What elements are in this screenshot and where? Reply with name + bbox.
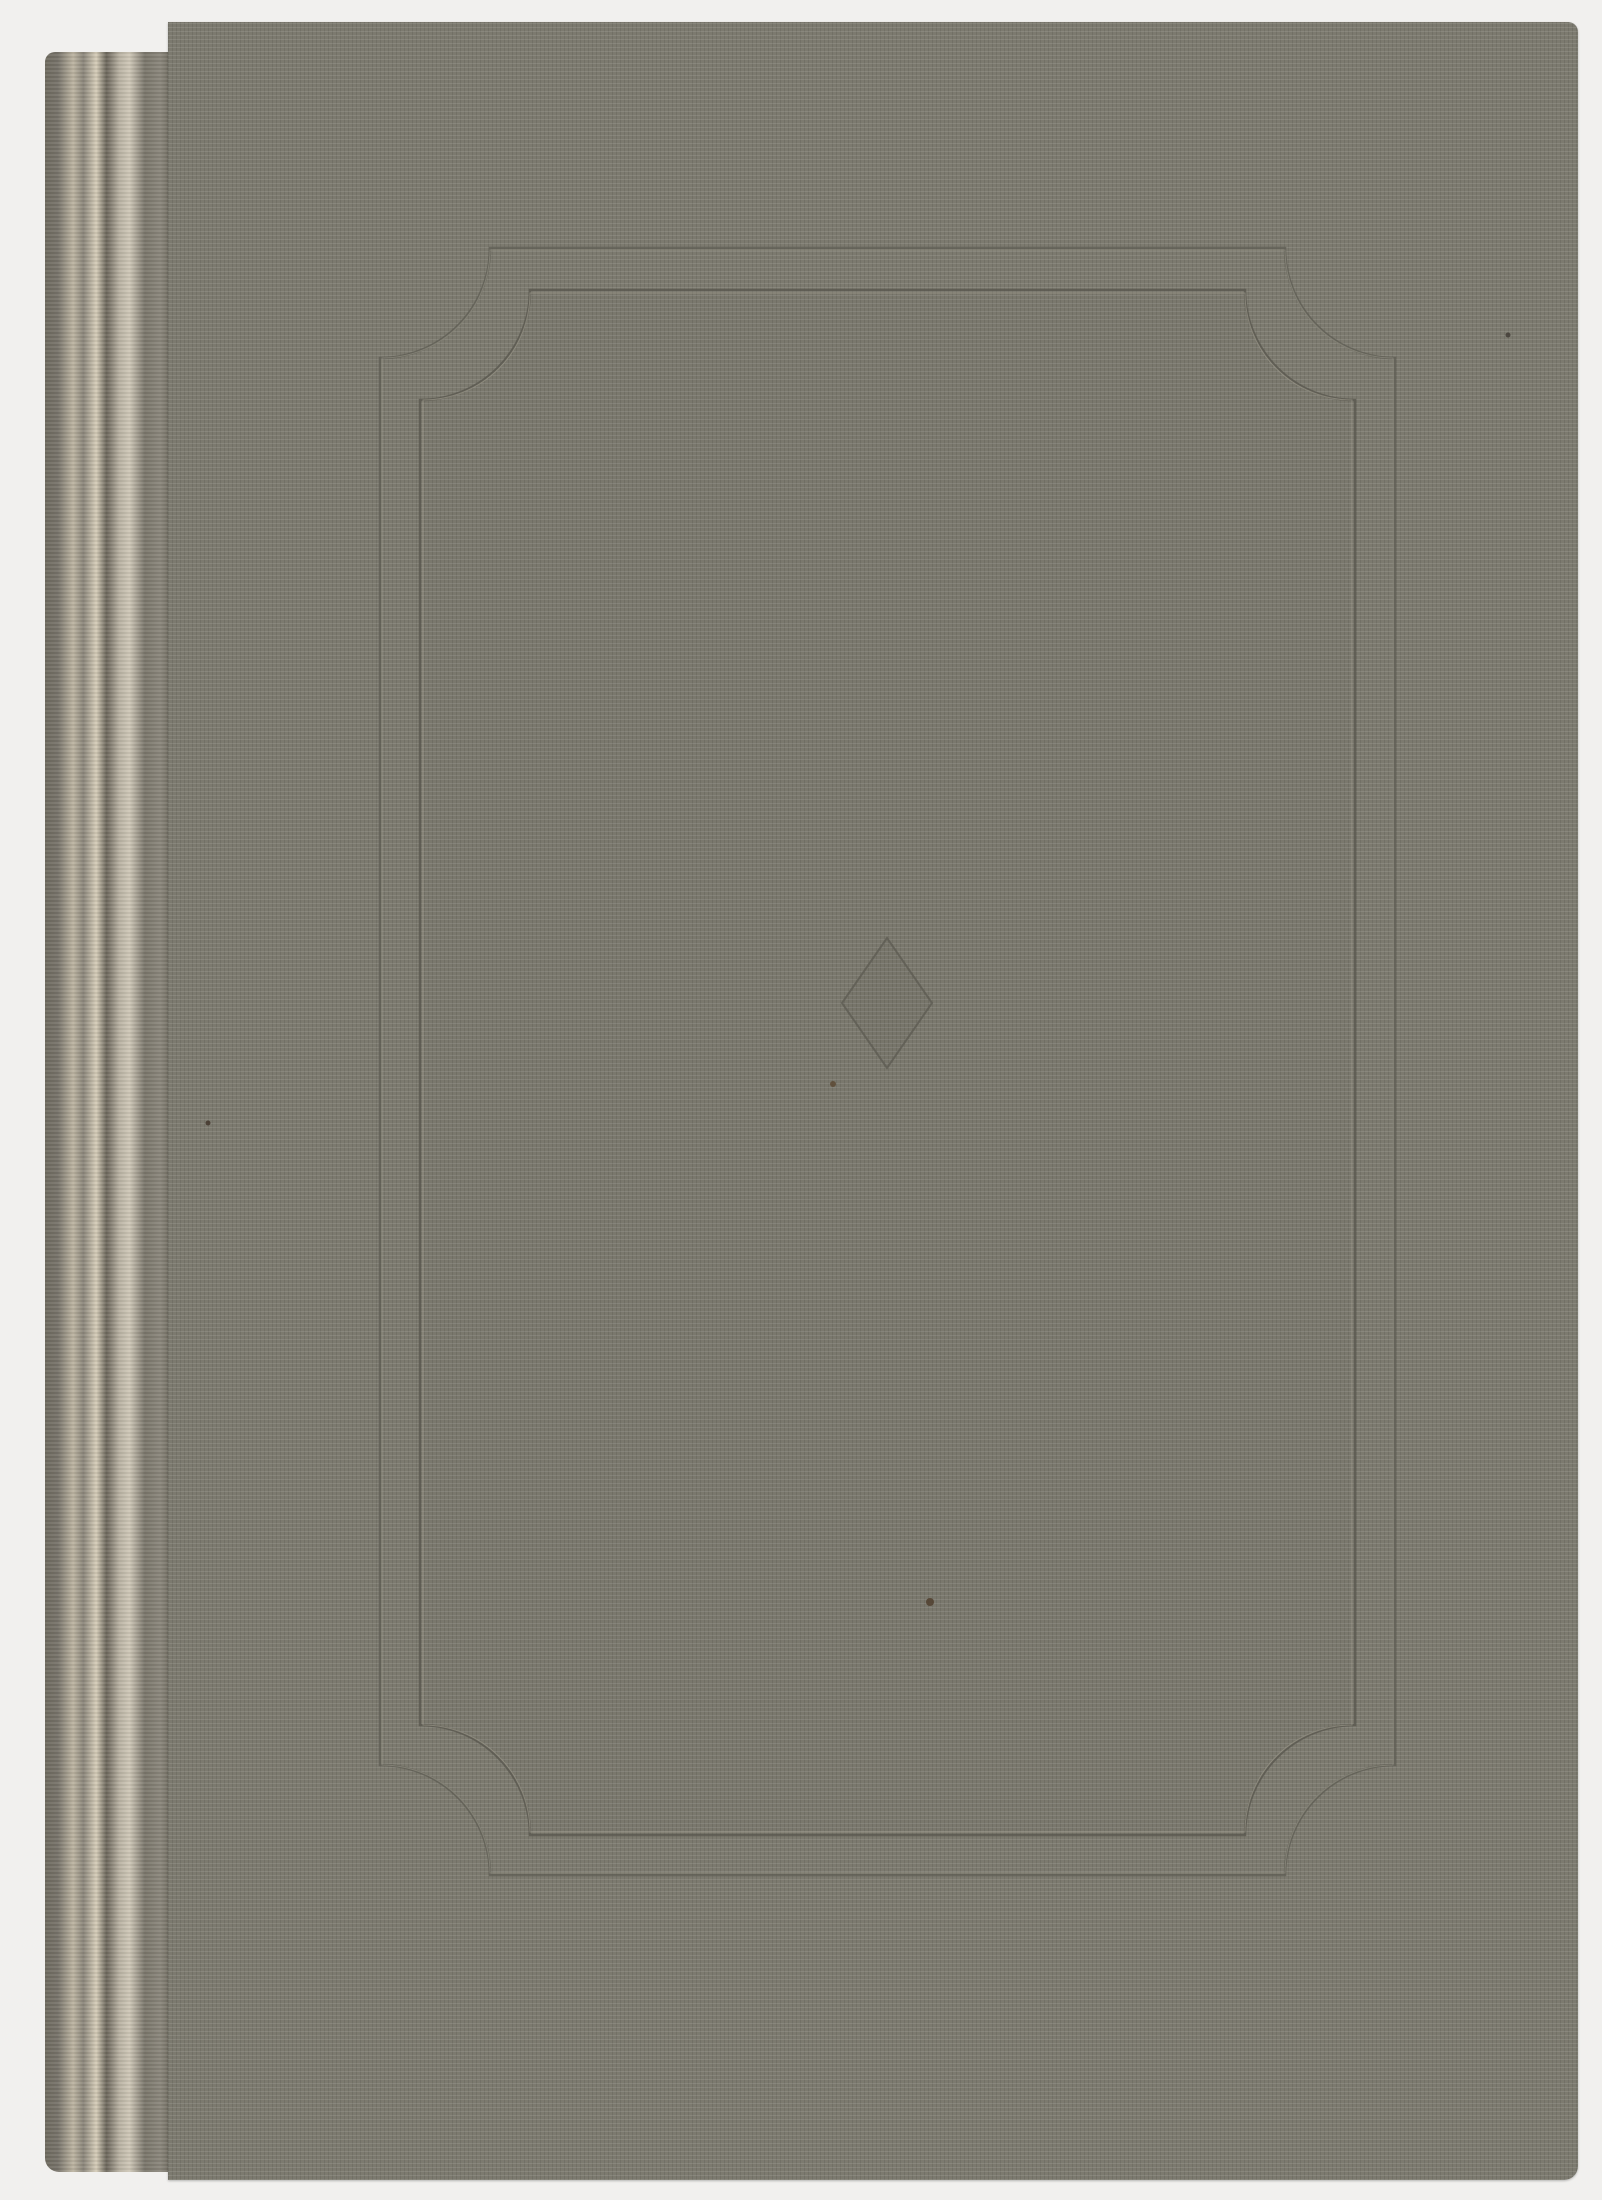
- stain-spot: [206, 1121, 211, 1126]
- embossed-frame: [0, 0, 1602, 2200]
- stain-spot: [1506, 333, 1511, 338]
- stain-spot: [926, 1598, 934, 1606]
- stain-spot: [830, 1081, 836, 1087]
- book-photo: [0, 0, 1602, 2200]
